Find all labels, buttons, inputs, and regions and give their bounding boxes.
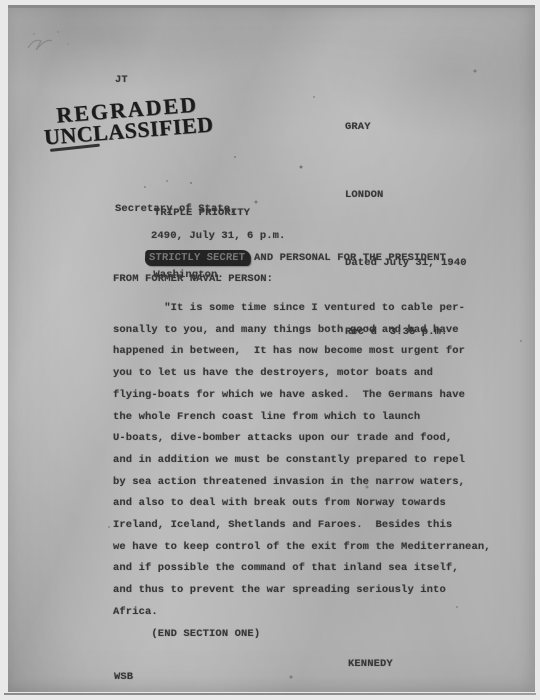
operator-initials: JT [115, 74, 128, 86]
message-line: Ireland, Iceland, Shetlands and Faroes. … [113, 515, 491, 537]
signature: KENNEDY [348, 658, 393, 670]
paper-specks [8, 8, 10, 10]
sender-line: FROM FORMER NAVAL PERSON: [113, 273, 273, 285]
message-line: and in addition we must be constantly pr… [113, 450, 491, 472]
priority-line: TRIPLE PRIORITY [154, 207, 250, 219]
classification-text: AND PERSONAL FOR THE PRESIDENT [254, 252, 446, 264]
message-line: (END SECTION ONE) [113, 624, 491, 646]
message-line: the whole French coast line from which t… [113, 407, 491, 429]
message-line: Africa. [113, 602, 491, 624]
pencil-scribble-mark [24, 22, 84, 62]
message-line: sonally to you, and many things both goo… [113, 320, 491, 342]
message-line: "It is some time since I ventured to cab… [113, 298, 491, 320]
classification-line: STRICTLY SECRET AND PERSONAL FOR THE PRE… [145, 250, 446, 266]
cable-number-line: 2490, July 31, 6 p.m. [151, 230, 285, 242]
message-body: "It is some time since I ventured to cab… [113, 298, 491, 645]
scanned-telegram-page: JT REGRADED UNCLASSIFIED GRAY LONDON Dat… [0, 0, 540, 700]
message-line: U-boats, dive-bomber attacks upon our tr… [113, 428, 491, 450]
message-line: and thus to prevent the war spreading se… [113, 580, 491, 602]
message-line: happened in between, It has now become m… [113, 341, 491, 363]
message-line: we have to keep control of the exit from… [113, 537, 491, 559]
message-line: and also to deal with break outs from No… [113, 493, 491, 515]
typist-initials: WSB [114, 671, 133, 683]
message-line: flying-boats for which we have asked. Th… [113, 385, 491, 407]
origin-city: LONDON [345, 184, 467, 207]
message-line: you to let us have the destroyers, motor… [113, 363, 491, 385]
telegram-paper: JT REGRADED UNCLASSIFIED GRAY LONDON Dat… [8, 5, 535, 692]
scan-edge-shadow [4, 693, 536, 695]
redaction-mark: STRICTLY SECRET [145, 250, 252, 266]
message-line: and if possible the command of that inla… [113, 558, 491, 580]
routing-indicator: GRAY [345, 116, 467, 139]
message-line: by sea action threatened invasion in the… [113, 472, 491, 494]
regraded-unclassified-stamp: REGRADED UNCLASSIFIED [37, 93, 220, 149]
